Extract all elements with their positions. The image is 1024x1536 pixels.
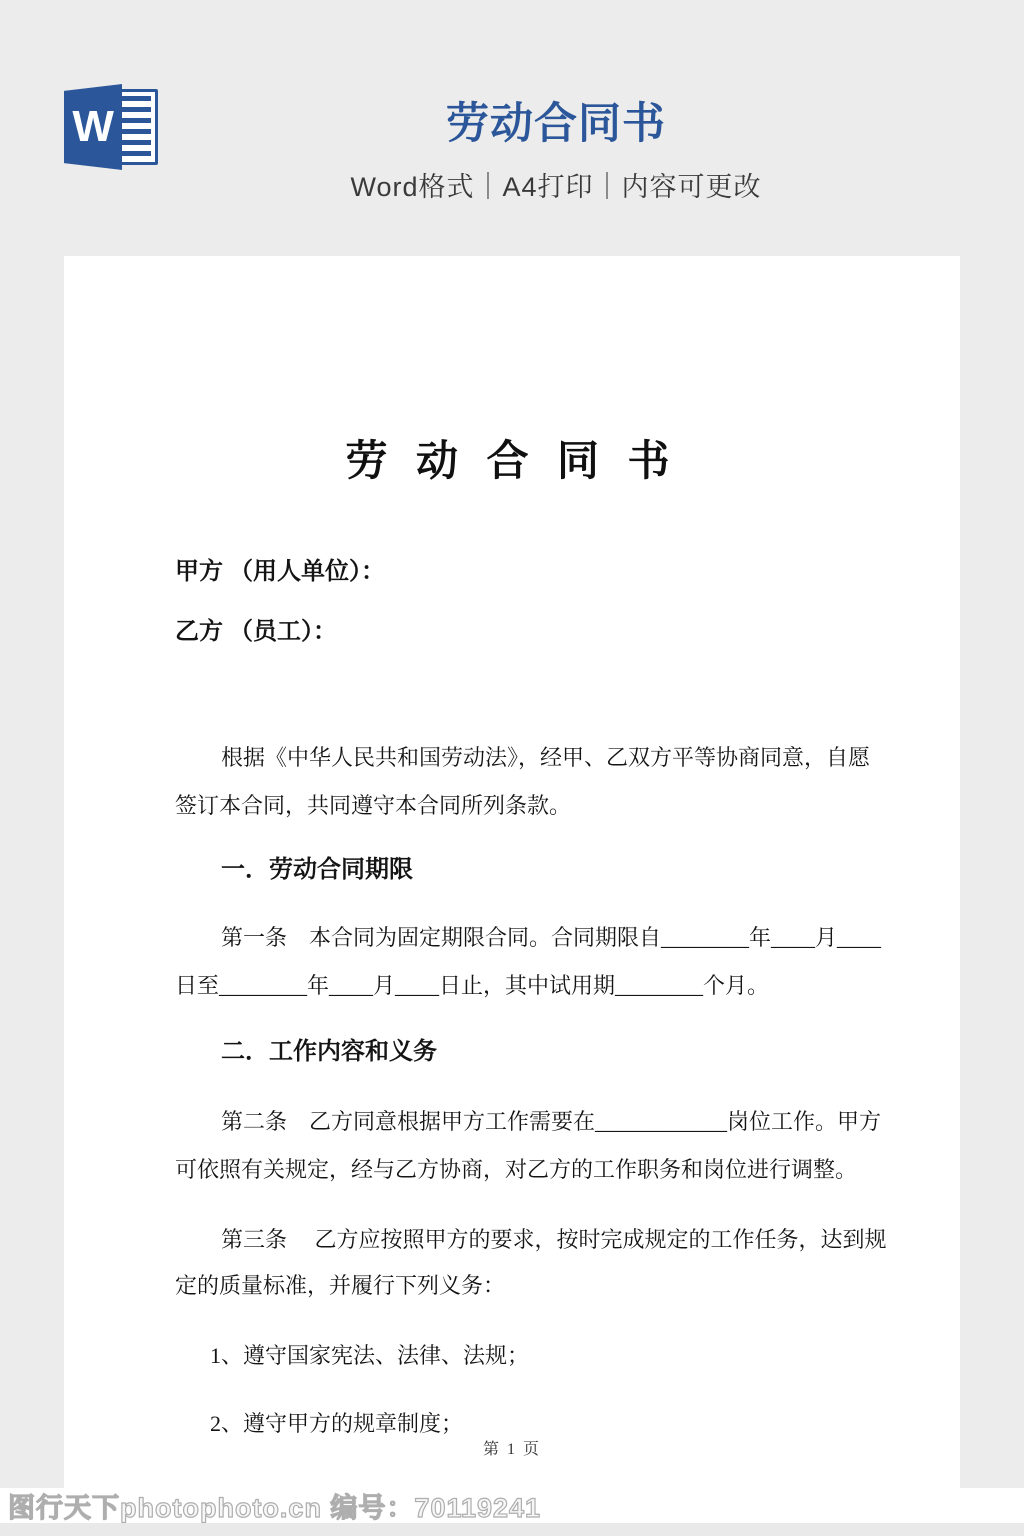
word-file-icon: W [64,84,158,170]
clause-3-line-1: 第三条 乙方应按照甲方的要求，按时完成规定的工作任务，达到规 [175,1226,875,1254]
party-a-line: 甲方 （用人单位）： [175,558,875,586]
document-page: 劳 动 合 同 书 甲方 （用人单位）： 乙方 （员工）： 根据《中华人民共和国… [64,256,960,1523]
header-text: 劳动合同书 Word格式｜A4打印｜内容可更改 [350,90,761,204]
word-icon-letter: W [72,105,114,149]
watermark-bar: 图行天下photophoto.cn 编号：70119241 [0,1488,1024,1523]
watermark-text: 图行天下photophoto.cn 编号：70119241 [8,1486,541,1525]
doc-title: 劳 动 合 同 书 [64,428,960,488]
section-2-heading: 二．工作内容和义务 [175,1038,875,1066]
clause-1-line-2: 日至________年____月____日止，其中试用期________个月。 [175,972,875,1000]
party-b-line: 乙方 （员工）： [175,618,875,646]
clause-3-line-2: 定的质量标准，并履行下列义务： [175,1272,875,1300]
header: W 劳动合同书 Word格式｜A4打印｜内容可更改 [0,0,1024,256]
clause-2-line-2: 可依照有关规定，经与乙方协商，对乙方的工作职务和岗位进行调整。 [175,1156,875,1184]
obligation-item-1: 1、遵守国家宪法、法律、法规； [175,1342,875,1370]
template-subtitle: Word格式｜A4打印｜内容可更改 [350,165,761,204]
clause-2-line-1: 第二条 乙方同意根据甲方工作需要在____________岗位工作。甲方 [175,1108,875,1136]
template-preview-page: W 劳动合同书 Word格式｜A4打印｜内容可更改 劳 动 合 同 书 甲方 （… [0,0,1024,1536]
preamble-line-2: 签订本合同，共同遵守本合同所列条款。 [175,792,875,820]
word-icon-cover: W [64,84,122,170]
template-title: 劳动合同书 [350,90,761,151]
obligation-item-2: 2、遵守甲方的规章制度； [175,1410,875,1438]
preamble-line-1: 根据《中华人民共和国劳动法》，经甲、乙双方平等协商同意，自愿 [175,744,875,772]
clause-1-line-1: 第一条 本合同为固定期限合同。合同期限自________年____月____ [175,924,875,952]
bottom-strip [0,1523,1024,1536]
page-number: 第 1 页 [64,1436,960,1459]
section-1-heading: 一．劳动合同期限 [175,856,875,884]
